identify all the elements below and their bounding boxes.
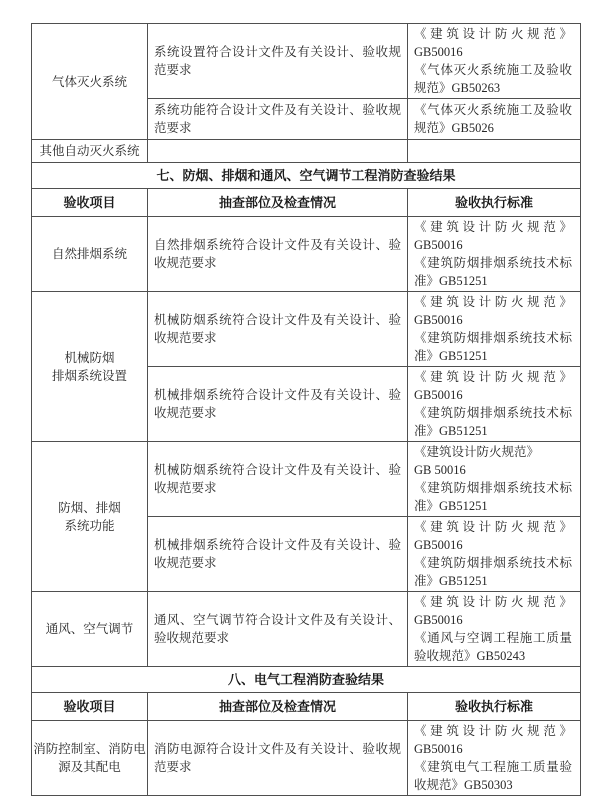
inspection-detail-cell: 机械防烟系统符合设计文件及有关设计、验收规范要求 — [148, 442, 408, 517]
standards-cell: 《气体灭火系统施工及验收规范》GB5026 — [408, 99, 581, 140]
inspection-detail-cell: 通风、空气调节符合设计文件及有关设计、验收规范要求 — [148, 592, 408, 667]
inspection-detail-cell: 自然排烟系统符合设计文件及有关设计、验收规范要求 — [148, 217, 408, 292]
standards-cell — [408, 140, 581, 163]
standard-entry: 《建筑设计防火规范》GB50016 — [414, 368, 572, 404]
acceptance-item-cell: 自然排烟系统 — [32, 217, 148, 292]
column-header-2: 抽查部位及检查情况 — [148, 693, 408, 721]
standard-entry: 《建筑设计防火规范》GB50016 — [414, 593, 572, 629]
acceptance-item-cell: 通风、空气调节 — [32, 592, 148, 667]
standards-cell: 《建筑设计防火规范》GB50016《建筑防烟排烟系统技术标准》GB51251 — [408, 292, 581, 367]
standard-entry: 《气体灭火系统施工及验收规范》GB50263 — [414, 61, 572, 97]
acceptance-item-cell: 气体灭火系统 — [32, 24, 148, 140]
standards-cell: 《建筑设计防火规范》GB50016《建筑防烟排烟系统技术标准》GB51251 — [408, 517, 581, 592]
standard-entry: 《建筑防烟排烟系统技术标准》GB51251 — [414, 329, 572, 365]
column-header-1: 验收项目 — [32, 189, 148, 217]
standard-entry: 《建筑电气工程施工质量验收规范》GB50303 — [414, 758, 572, 794]
inspection-detail-cell: 消防电源符合设计文件及有关设计、验收规范要求 — [148, 721, 408, 796]
column-header-row: 验收项目抽查部位及检查情况验收执行标准 — [32, 189, 581, 217]
acceptance-item-cell: 机械防烟排烟系统设置 — [32, 292, 148, 442]
standards-cell: 《建筑设计防火规范》GB 50016《建筑防烟排烟系统技术标准》GB51251 — [408, 442, 581, 517]
section-title-row: 八、电气工程消防查验结果 — [32, 667, 581, 693]
standards-cell: 《建筑设计防火规范》GB50016《建筑防烟排烟系统技术标准》GB51251 — [408, 367, 581, 442]
standard-entry: 《建筑设计防火规范》GB50016 — [414, 218, 572, 254]
inspection-detail-cell: 系统设置符合设计文件及有关设计、验收规范要求 — [148, 24, 408, 99]
acceptance-item-cell: 其他自动灭火系统 — [32, 140, 148, 163]
standards-cell: 《建筑设计防火规范》GB50016《建筑电气工程施工质量验收规范》GB50303 — [408, 721, 581, 796]
acceptance-item-cell: 消防控制室、消防电源及其配电 — [32, 721, 148, 796]
column-header-3: 验收执行标准 — [408, 693, 581, 721]
column-header-row: 验收项目抽查部位及检查情况验收执行标准 — [32, 693, 581, 721]
standard-entry: 《气体灭火系统施工及验收规范》GB5026 — [414, 101, 572, 137]
standard-entry: 《建筑设计防火规范》GB50016 — [414, 518, 572, 554]
standards-cell: 《建筑设计防火规范》GB50016《建筑防烟排烟系统技术标准》GB51251 — [408, 217, 581, 292]
column-header-3: 验收执行标准 — [408, 189, 581, 217]
standard-entry: 《通风与空调工程施工质量验收规范》GB50243 — [414, 629, 572, 665]
standard-entry: 《建筑设计防火规范》GB 50016 — [414, 443, 572, 479]
inspection-detail-cell: 机械防烟系统符合设计文件及有关设计、验收规范要求 — [148, 292, 408, 367]
standard-entry: 《建筑防烟排烟系统技术标准》GB51251 — [414, 554, 572, 590]
table-row: 气体灭火系统系统设置符合设计文件及有关设计、验收规范要求《建筑设计防火规范》GB… — [32, 24, 581, 99]
inspection-detail-cell — [148, 140, 408, 163]
standard-entry: 《建筑防烟排烟系统技术标准》GB51251 — [414, 254, 572, 290]
acceptance-item-cell: 防烟、排烟系统功能 — [32, 442, 148, 592]
column-header-1: 验收项目 — [32, 693, 148, 721]
table-row: 防烟、排烟系统功能机械防烟系统符合设计文件及有关设计、验收规范要求《建筑设计防火… — [32, 442, 581, 517]
section-title: 七、防烟、排烟和通风、空气调节工程消防查验结果 — [32, 163, 581, 189]
inspection-detail-cell: 系统功能符合设计文件及有关设计、验收规范要求 — [148, 99, 408, 140]
standards-cell: 《建筑设计防火规范》GB50016《通风与空调工程施工质量验收规范》GB5024… — [408, 592, 581, 667]
section-title: 八、电气工程消防查验结果 — [32, 667, 581, 693]
standard-entry: 《建筑防烟排烟系统技术标准》GB51251 — [414, 479, 572, 515]
standard-entry: 《建筑防烟排烟系统技术标准》GB51251 — [414, 404, 572, 440]
inspection-detail-cell: 机械排烟系统符合设计文件及有关设计、验收规范要求 — [148, 517, 408, 592]
table-row: 其他自动灭火系统 — [32, 140, 581, 163]
table-row: 消防控制室、消防电源及其配电消防电源符合设计文件及有关设计、验收规范要求《建筑设… — [32, 721, 581, 796]
standard-entry: 《建筑设计防火规范》GB50016 — [414, 722, 572, 758]
standard-entry: 《建筑设计防火规范》GB50016 — [414, 293, 572, 329]
fire-inspection-table-body: 气体灭火系统系统设置符合设计文件及有关设计、验收规范要求《建筑设计防火规范》GB… — [32, 24, 581, 796]
standards-cell: 《建筑设计防火规范》GB50016《气体灭火系统施工及验收规范》GB50263 — [408, 24, 581, 99]
column-header-2: 抽查部位及检查情况 — [148, 189, 408, 217]
standard-entry: 《建筑设计防火规范》GB50016 — [414, 25, 572, 61]
fire-inspection-table: 气体灭火系统系统设置符合设计文件及有关设计、验收规范要求《建筑设计防火规范》GB… — [31, 23, 581, 796]
table-row: 自然排烟系统自然排烟系统符合设计文件及有关设计、验收规范要求《建筑设计防火规范》… — [32, 217, 581, 292]
section-title-row: 七、防烟、排烟和通风、空气调节工程消防查验结果 — [32, 163, 581, 189]
table-row: 通风、空气调节通风、空气调节符合设计文件及有关设计、验收规范要求《建筑设计防火规… — [32, 592, 581, 667]
table-row: 机械防烟排烟系统设置机械防烟系统符合设计文件及有关设计、验收规范要求《建筑设计防… — [32, 292, 581, 367]
inspection-detail-cell: 机械排烟系统符合设计文件及有关设计、验收规范要求 — [148, 367, 408, 442]
document-page: 气体灭火系统系统设置符合设计文件及有关设计、验收规范要求《建筑设计防火规范》GB… — [0, 0, 600, 800]
